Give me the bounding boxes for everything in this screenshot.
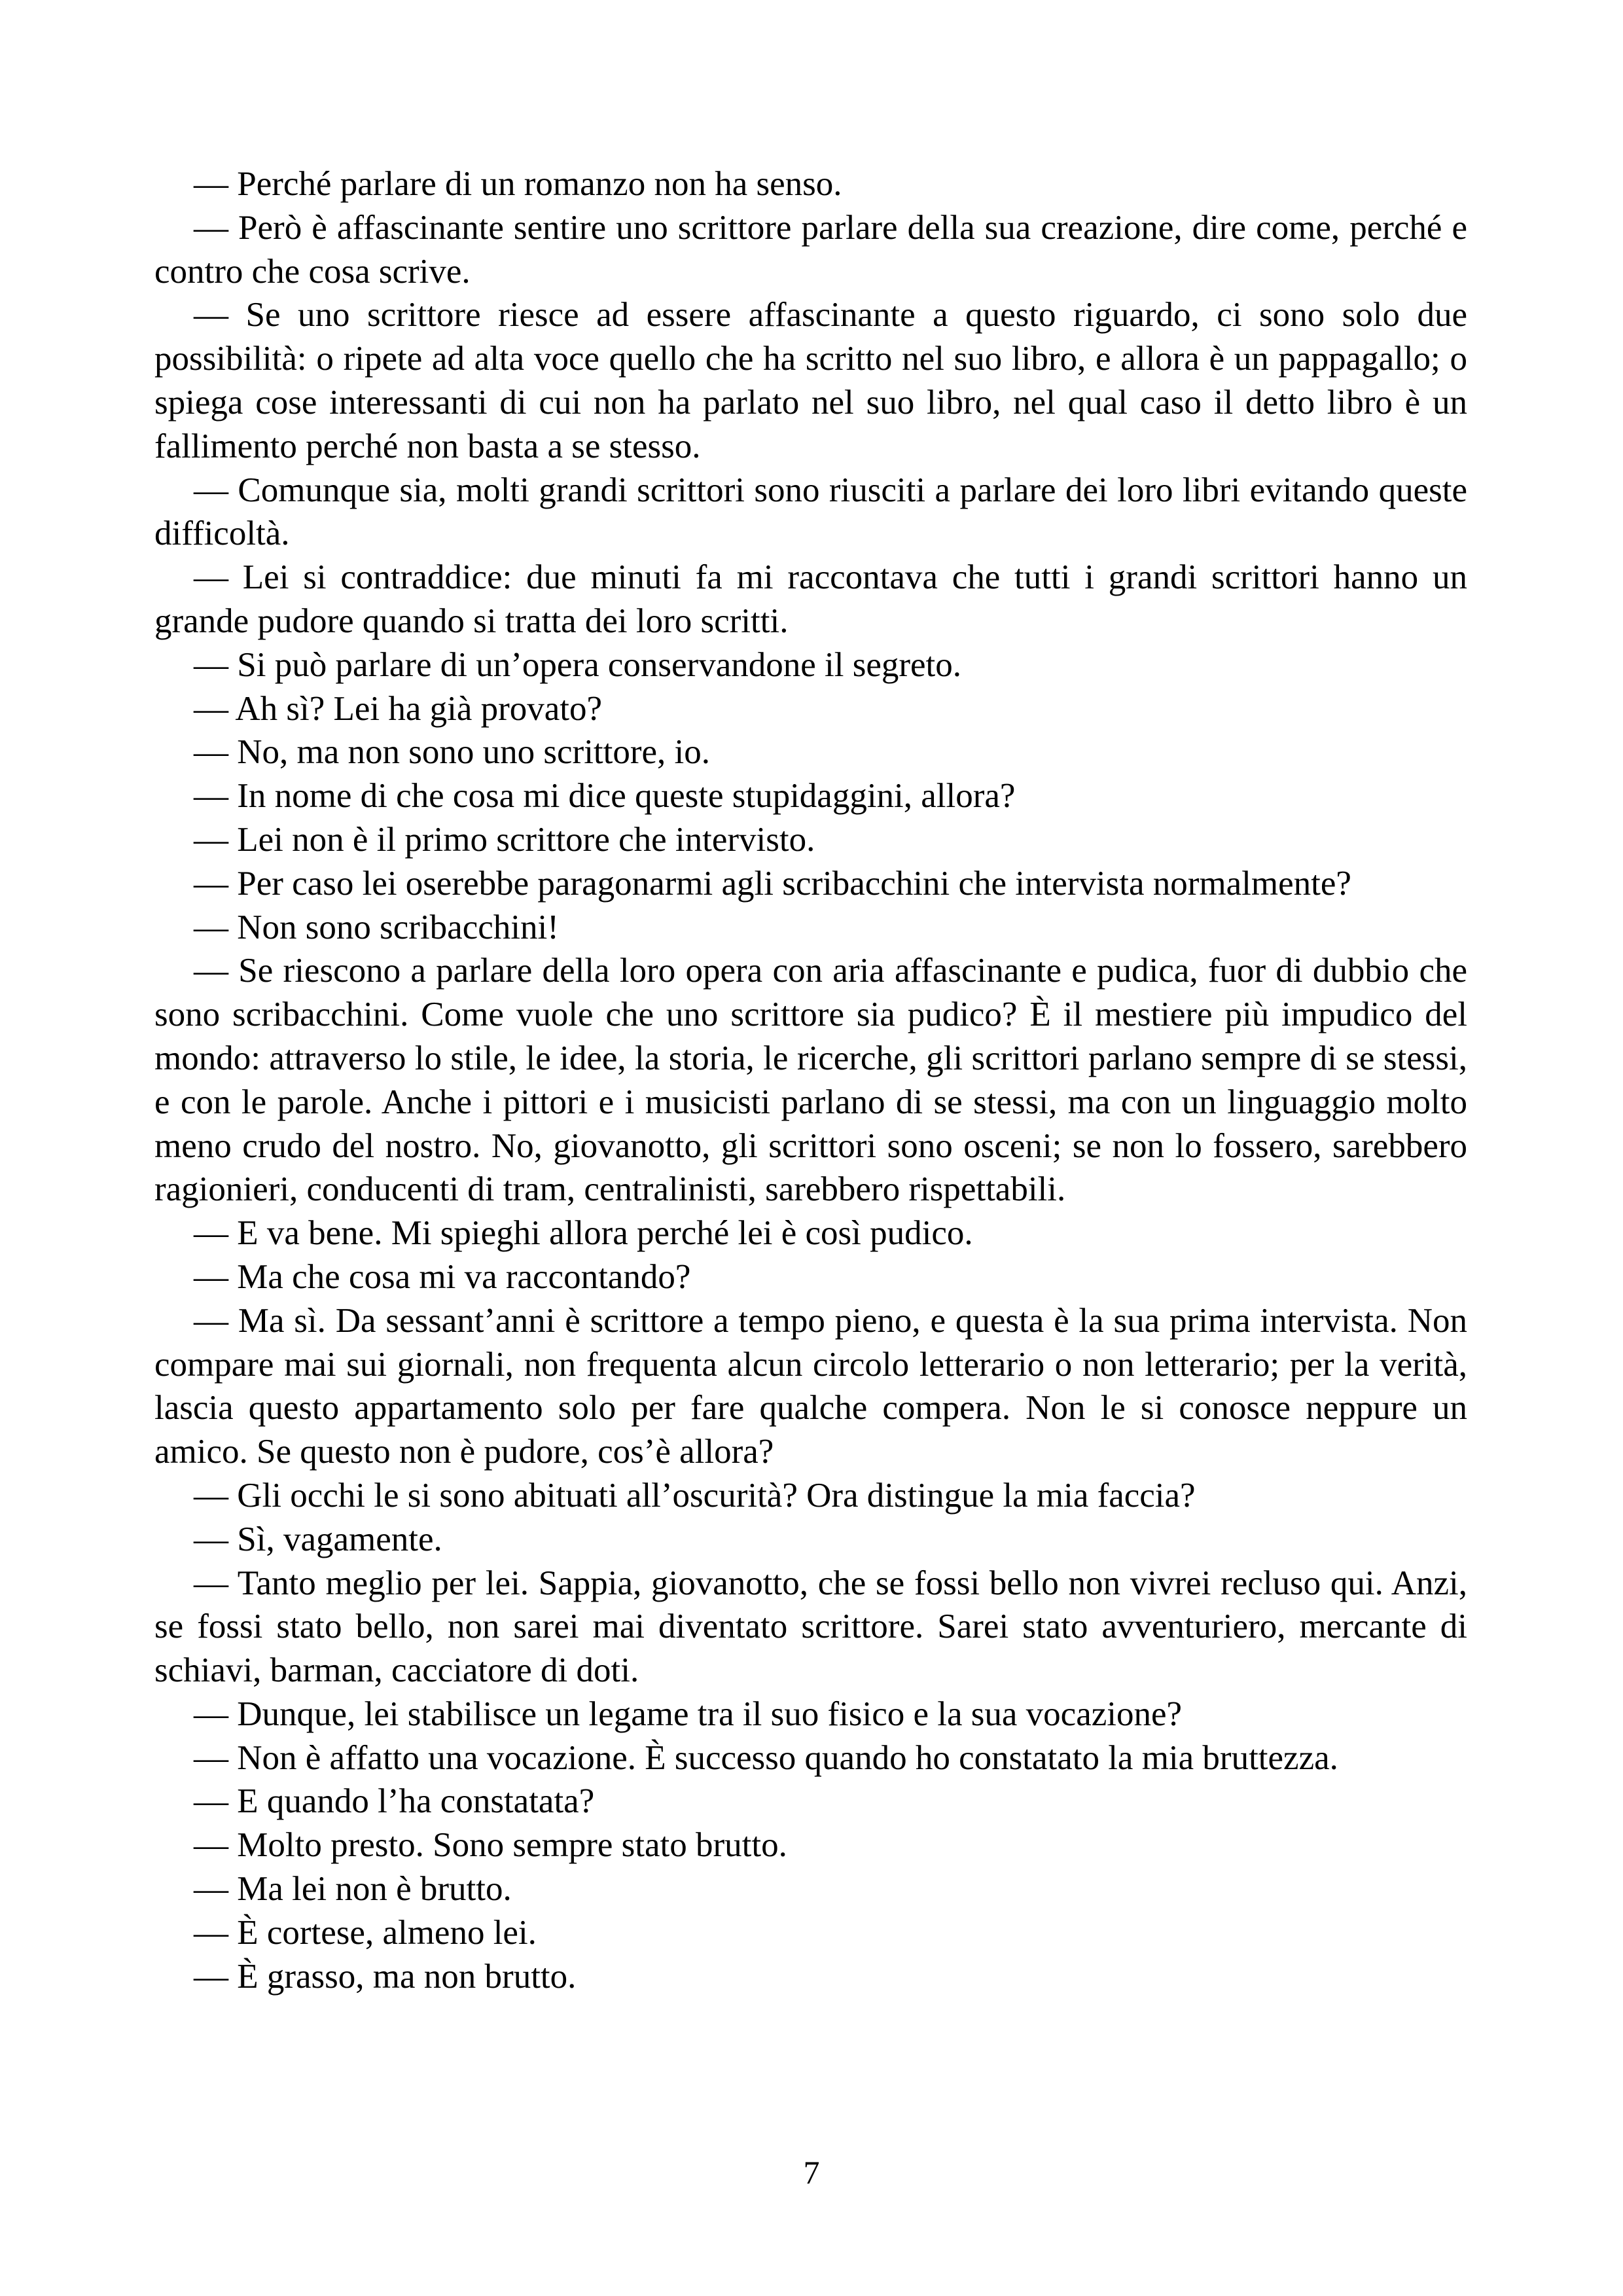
dialogue-paragraph: — Si può parlare di un’opera conservando… — [154, 643, 1467, 687]
dialogue-paragraph: — Ma che cosa mi va raccontando? — [154, 1255, 1467, 1299]
dialogue-paragraph: — Non è affatto una vocazione. È success… — [154, 1736, 1467, 1780]
page-number: 7 — [0, 2153, 1623, 2191]
dialogue-paragraph: — È grasso, ma non brutto. — [154, 1955, 1467, 1999]
dialogue-paragraph: — Se uno scrittore riesce ad essere affa… — [154, 293, 1467, 468]
dialogue-paragraph: — Comunque sia, molti grandi scrittori s… — [154, 469, 1467, 556]
dialogue-paragraph: — Però è affascinante sentire uno scritt… — [154, 206, 1467, 294]
dialogue-paragraph: — Gli occhi le si sono abituati all’oscu… — [154, 1474, 1467, 1518]
dialogue-paragraph: — Se riescono a parlare della loro opera… — [154, 949, 1467, 1211]
page-body: — Perché parlare di un romanzo non ha se… — [154, 162, 1467, 1998]
dialogue-paragraph: — Lei si contraddice: due minuti fa mi r… — [154, 556, 1467, 643]
dialogue-paragraph: — Perché parlare di un romanzo non ha se… — [154, 162, 1467, 206]
dialogue-paragraph: — Tanto meglio per lei. Sappia, giovanot… — [154, 1562, 1467, 1693]
dialogue-paragraph: — Non sono scribacchini! — [154, 906, 1467, 950]
dialogue-paragraph: — E quando l’ha constatata? — [154, 1780, 1467, 1823]
dialogue-paragraph: — Ah sì? Lei ha già provato? — [154, 687, 1467, 731]
dialogue-paragraph: — Ma sì. Da sessant’anni è scrittore a t… — [154, 1299, 1467, 1474]
dialogue-paragraph: — Ma lei non è brutto. — [154, 1867, 1467, 1911]
dialogue-paragraph: — È cortese, almeno lei. — [154, 1911, 1467, 1955]
dialogue-paragraph: — Per caso lei oserebbe paragonarmi agli… — [154, 862, 1467, 906]
dialogue-paragraph: — In nome di che cosa mi dice queste stu… — [154, 774, 1467, 818]
dialogue-paragraph: — E va bene. Mi spieghi allora perché le… — [154, 1211, 1467, 1255]
dialogue-paragraph: — Dunque, lei stabilisce un legame tra i… — [154, 1693, 1467, 1736]
dialogue-paragraph: — Sì, vagamente. — [154, 1518, 1467, 1562]
dialogue-paragraph: — No, ma non sono uno scrittore, io. — [154, 730, 1467, 774]
dialogue-paragraph: — Molto presto. Sono sempre stato brutto… — [154, 1823, 1467, 1867]
dialogue-paragraph: — Lei non è il primo scrittore che inter… — [154, 818, 1467, 862]
